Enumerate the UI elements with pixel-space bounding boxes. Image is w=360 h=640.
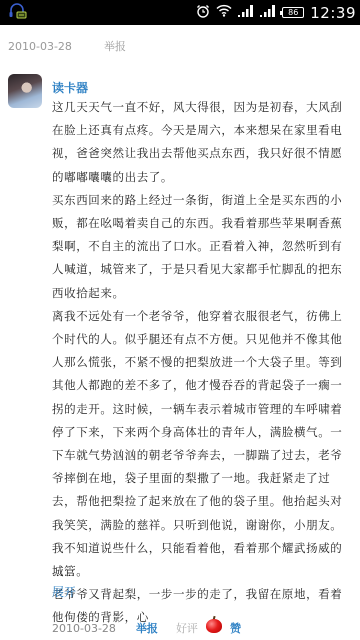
signal-icon — [238, 5, 254, 21]
footer-report-link[interactable]: 举报 — [136, 620, 158, 636]
avatar[interactable] — [8, 74, 42, 108]
like-button[interactable]: 赞 — [230, 620, 241, 636]
alarm-icon — [196, 4, 210, 22]
headset-message-icon — [8, 2, 28, 24]
rating-label: 好评 — [176, 620, 198, 636]
expand-link[interactable]: 展开 — [52, 583, 76, 600]
top-report-link[interactable]: 举报 — [104, 38, 126, 54]
top-date: 2010-03-28 — [8, 40, 72, 53]
post-footer: 2010-03-28 举报 好评 赞 — [52, 618, 241, 638]
author-name[interactable]: 读卡器 — [52, 79, 88, 96]
wifi-icon — [216, 4, 232, 21]
battery-icon: 86 — [282, 7, 304, 18]
post-content: 这几天天气一直不好，风大得很，因为是初春，大风刮在脸上还真有点疼。今天是周六，本… — [52, 96, 352, 630]
apple-icon[interactable] — [206, 616, 222, 632]
ellipsis: …… — [52, 566, 76, 579]
post-paragraph: 离我不远处有一个老爷爷，他穿着衣服很老气，彷佛上个时代的人。似乎腿还有点不方便。… — [52, 305, 352, 583]
signal-icon — [260, 5, 276, 21]
post-paragraph: 这几天天气一直不好，风大得很，因为是初春，大风刮在脸上还真有点疼。今天是周六，本… — [52, 96, 352, 189]
footer-date: 2010-03-28 — [52, 622, 116, 635]
post-paragraph: 买东西回来的路上经过一条街，街道上全是买东西的小贩，都在吆喝着卖自己的东西。我看… — [52, 189, 352, 305]
status-bar: 86 12:39 — [0, 0, 360, 25]
status-time: 12:39 — [310, 4, 356, 22]
top-meta: 2010-03-28 举报 — [8, 38, 126, 54]
